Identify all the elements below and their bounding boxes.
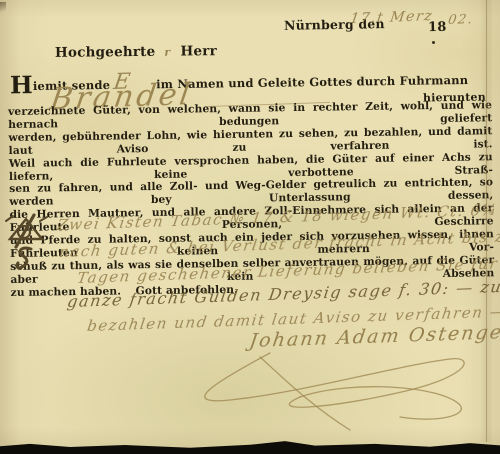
- dateline-year-prefix-printed: 18: [428, 16, 447, 35]
- scan-corner-mark: [0, 2, 6, 16]
- shipping-mark-icon: [4, 213, 50, 275]
- ink-dot: [432, 41, 435, 44]
- signature-flourish: [150, 345, 480, 440]
- salutation-handwritten-mark: r: [164, 46, 171, 59]
- salutation-right: Herr: [180, 43, 217, 59]
- opening-continuation: im Namen und Geleite Gottes durch Fuhrma…: [156, 73, 468, 91]
- dateline-year-suffix-handwritten: 02.: [447, 12, 474, 28]
- torn-bottom-edge: [0, 440, 500, 454]
- dateline-day-month-handwritten: 17.t Merz: [349, 8, 434, 27]
- salutation: Hochgeehrte r Herr: [55, 43, 217, 61]
- opening-initial: H: [10, 70, 33, 99]
- paper-fold-line: [486, 0, 487, 442]
- salutation-left: Hochgeehrte: [55, 44, 156, 61]
